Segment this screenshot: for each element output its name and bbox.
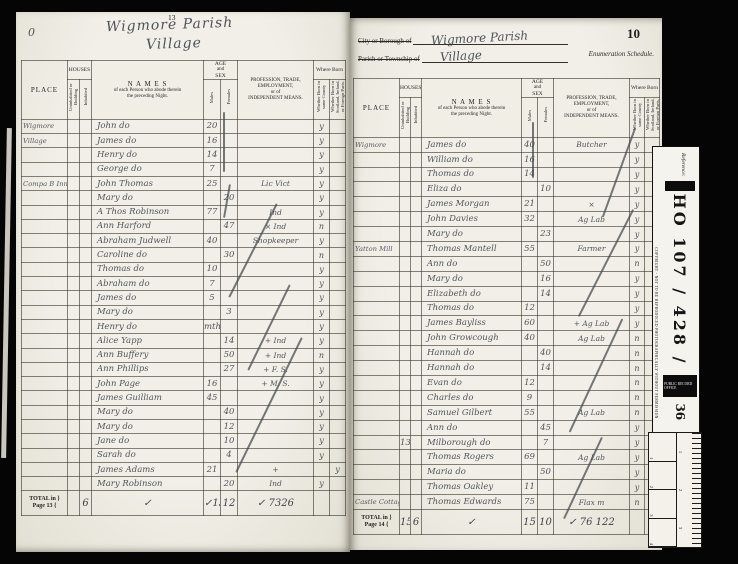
cell-born_county: n — [630, 361, 645, 376]
cell-born_county: n — [630, 390, 645, 405]
census-row: Mary Robinson20Indy — [22, 477, 346, 491]
census-row: James do5y — [22, 291, 346, 305]
cell-name: Henry do — [92, 148, 204, 162]
census-rows-right: WigmoreJames do40ButcheryWilliam do16yTh… — [354, 137, 660, 509]
cell-uninhabited — [400, 450, 411, 465]
census-row: Mary do23y — [354, 227, 660, 242]
cell-name: Charles do — [422, 390, 522, 405]
census-table-right: PLACE HOUSES N A M E S of each Person wh… — [353, 78, 660, 535]
cell-place — [22, 219, 68, 233]
cell-name: Mary Robinson — [92, 477, 204, 491]
cell-name: Mary do — [422, 227, 522, 242]
printed-borough-label: City or Borough of — [358, 37, 411, 45]
cell-name: Abraham do — [92, 277, 204, 291]
cell-born_county: y — [314, 191, 330, 205]
cell-profession: Ind — [238, 477, 314, 491]
total-label-line2: Page 13 { — [22, 503, 67, 511]
cell-uninhabited — [68, 348, 80, 362]
cell-profession — [238, 419, 314, 433]
cell-inhabited — [411, 241, 422, 256]
cell-age_f: 30 — [221, 248, 238, 262]
header-males: Males — [204, 79, 221, 119]
cell-age_f — [538, 376, 554, 391]
cell-born_county: y — [314, 434, 330, 448]
census-row: James Morgan21×y — [354, 197, 660, 212]
cell-profession — [554, 420, 630, 435]
cell-born_county: y — [314, 319, 330, 333]
cell-profession: Butcher — [554, 137, 630, 152]
cell-born_county: y — [630, 435, 645, 450]
form-line-borough: City or Borough of Wigmore Parish — [358, 32, 568, 45]
cell-age_m: 25 — [204, 176, 221, 190]
printed-township-label: Parish or Township of — [358, 55, 420, 63]
record-office-label: PUBLIC RECORD OFFICE — [664, 383, 696, 391]
cell-name: Ann do — [422, 420, 522, 435]
header-males-label: Males — [209, 92, 214, 103]
total-label-line1: TOTAL in } — [22, 496, 67, 504]
cell-place — [354, 316, 400, 331]
cell-born_other — [330, 305, 346, 319]
cell-age_m — [204, 419, 221, 433]
cell-profession — [554, 271, 630, 286]
cell-born_county: n — [314, 248, 330, 262]
pen-stroke — [223, 112, 225, 172]
header-born-other-label: Whether Born in Scotland, Ireland, or Fo… — [645, 98, 660, 132]
cell-born_county: n — [630, 405, 645, 420]
cell-uninhabited — [68, 219, 80, 233]
archive-black-tab — [665, 181, 695, 191]
header-inhabited: Inhabited — [80, 79, 92, 119]
census-row: Abraham do7y — [22, 277, 346, 291]
header-place: PLACE — [22, 61, 68, 120]
cell-inhabited — [80, 205, 92, 219]
cell-uninhabited — [68, 291, 80, 305]
header-prof-line4: INDEPENDENT MEANS. — [554, 114, 629, 120]
cell-place — [354, 256, 400, 271]
cell-place — [354, 227, 400, 242]
header-uninhabited: Uninhabited or Building — [68, 79, 80, 119]
header-names-title: N A M E S — [422, 98, 521, 106]
cell-born_county: y — [314, 305, 330, 319]
cell-age_f — [538, 316, 554, 331]
cell-inhabited — [80, 305, 92, 319]
census-row: Thomas do14y — [354, 167, 660, 182]
ruler-number: 3 — [649, 514, 654, 516]
cell-age_f — [538, 405, 554, 420]
cell-uninhabited — [68, 362, 80, 376]
cell-inhabited — [80, 176, 92, 190]
cell-age_m — [522, 465, 538, 480]
cell-name: Mary do — [422, 271, 522, 286]
cell-inhabited — [411, 227, 422, 242]
cell-born_other — [330, 291, 346, 305]
cell-place — [354, 212, 400, 227]
cell-place — [354, 197, 400, 212]
cell-age_m: 12 — [522, 301, 538, 316]
total-males: 15 — [522, 510, 538, 535]
cell-age_m — [522, 420, 538, 435]
total-born-county — [314, 491, 330, 516]
cell-place — [22, 477, 68, 491]
cell-place — [22, 334, 68, 348]
census-row: George do7y — [22, 162, 346, 176]
cell-inhabited — [411, 420, 422, 435]
cell-name: Ann Buffery — [92, 348, 204, 362]
cell-uninhabited — [68, 462, 80, 476]
cell-born_county: y — [630, 182, 645, 197]
census-row: James Bayliss60+ Ag Laby — [354, 316, 660, 331]
cell-uninhabited — [68, 391, 80, 405]
cell-age_f — [538, 495, 554, 510]
cell-age_f: 4 — [221, 448, 238, 462]
cell-place — [354, 405, 400, 420]
cell-age_m: 10 — [204, 262, 221, 276]
census-row: Maria do50y — [354, 465, 660, 480]
cell-inhabited — [411, 390, 422, 405]
cell-age_f — [221, 319, 238, 333]
cell-name: James Guilliam — [92, 391, 204, 405]
header-profession: PROFESSION, TRADE, EMPLOYMENT, or of IND… — [554, 79, 630, 138]
cell-uninhabited — [400, 376, 411, 391]
schedule-page-number: 10 — [627, 26, 640, 42]
cell-profession — [554, 256, 630, 271]
reference-caption: Reference: — [680, 153, 686, 177]
cell-uninhabited — [68, 262, 80, 276]
cell-name: Thomas Mantell — [422, 241, 522, 256]
cell-age_m: 9 — [522, 390, 538, 405]
cell-age_f: 3 — [221, 305, 238, 319]
cell-place: Wigmore — [22, 119, 68, 133]
cell-age_f: 27 — [221, 362, 238, 376]
cell-profession — [554, 465, 630, 480]
header-uninhabited: Uninhabited or Building — [400, 97, 411, 137]
cell-name: Hannah do — [422, 346, 522, 361]
census-row: James Guilliam45y — [22, 391, 346, 405]
header-born-county-label: Whether Born in same County — [316, 80, 326, 114]
cell-uninhabited — [68, 234, 80, 248]
cell-age_m — [522, 361, 538, 376]
form-line-township: Parish or Township of Village — [358, 50, 568, 63]
cell-age_f: 10 — [221, 434, 238, 448]
cell-name: Sarah do — [92, 448, 204, 462]
cell-born_other — [330, 176, 346, 190]
cell-inhabited — [80, 234, 92, 248]
cell-inhabited — [80, 434, 92, 448]
cell-profession — [554, 152, 630, 167]
cell-uninhabited — [400, 167, 411, 182]
census-row: Sarah do4y — [22, 448, 346, 462]
cell-profession — [554, 435, 630, 450]
table-header: PLACE HOUSES N A M E S of each Person wh… — [354, 79, 660, 138]
cell-uninhabited — [400, 420, 411, 435]
cell-age_m: 32 — [522, 212, 538, 227]
cell-born_county: y — [630, 286, 645, 301]
cell-age_f — [221, 391, 238, 405]
cell-name: Abraham Judwell — [92, 234, 204, 248]
cell-inhabited — [80, 262, 92, 276]
cell-age_m — [522, 182, 538, 197]
census-row: WigmoreJames do40Butchery — [354, 137, 660, 152]
cell-age_f — [221, 234, 238, 248]
census-row: A Thos Robinson77Indy — [22, 205, 346, 219]
cell-age_m: 5 — [204, 291, 221, 305]
header-where-born: Where Born — [630, 79, 660, 98]
cell-uninhabited — [400, 331, 411, 346]
cell-born_other — [330, 262, 346, 276]
margin-squiggle: 0 — [28, 26, 35, 39]
cell-age_m — [204, 477, 221, 491]
cell-born_county: y — [630, 152, 645, 167]
cell-uninhabited — [68, 405, 80, 419]
cell-age_m: 16 — [204, 134, 221, 148]
cell-age_m: 55 — [522, 405, 538, 420]
cell-uninhabited — [68, 119, 80, 133]
cell-age_f: 16 — [538, 271, 554, 286]
piece-number: 36 — [673, 403, 687, 420]
cell-uninhabited — [68, 377, 80, 391]
pen-stroke — [532, 122, 534, 178]
cell-born_county: y — [630, 420, 645, 435]
cell-age_m — [522, 271, 538, 286]
cell-age_f — [221, 262, 238, 276]
census-row: Charles do9n — [354, 390, 660, 405]
total-label: TOTAL in } Page 13 { — [22, 491, 68, 516]
cell-inhabited — [80, 405, 92, 419]
cell-profession — [554, 390, 630, 405]
census-row: Mary do16y — [354, 271, 660, 286]
census-row: Mary do12y — [22, 419, 346, 433]
ruler-fine-number: 3 — [678, 527, 683, 529]
cell-born_other — [330, 277, 346, 291]
cell-born_county: y — [630, 465, 645, 480]
cell-place — [22, 462, 68, 476]
cell-born_other — [330, 391, 346, 405]
cell-uninhabited — [68, 248, 80, 262]
cell-uninhabited — [400, 152, 411, 167]
cell-age_f — [538, 390, 554, 405]
header-profession: PROFESSION, TRADE, EMPLOYMENT, or of IND… — [238, 61, 314, 120]
cell-profession: Ag Lab — [554, 405, 630, 420]
cell-age_f — [538, 212, 554, 227]
cell-profession — [238, 119, 314, 133]
census-row: William do16y — [354, 152, 660, 167]
cell-name: John do — [92, 119, 204, 133]
cell-age_m — [204, 405, 221, 419]
census-row: Castle CottageThomas Edwards75Flax mn — [354, 495, 660, 510]
header-females-label: Females — [226, 89, 231, 104]
census-row: Mary do20y — [22, 191, 346, 205]
cell-name: Thomas Oakley — [422, 480, 522, 495]
cell-place — [22, 377, 68, 391]
total-females: 12 — [221, 491, 238, 516]
census-row: Thomas Oakley11y — [354, 480, 660, 495]
cell-age_f: 14 — [221, 334, 238, 348]
cell-uninhabited — [400, 405, 411, 420]
cell-place — [354, 331, 400, 346]
cell-inhabited — [411, 405, 422, 420]
cell-born_county: y — [314, 334, 330, 348]
cell-born_county: n — [630, 346, 645, 361]
cell-inhabited — [80, 277, 92, 291]
census-row: John Davies32Ag Laby — [354, 212, 660, 227]
cell-profession: Flax m — [554, 495, 630, 510]
reference-number: HO 107 / 428 / — [671, 194, 690, 366]
cell-age_f: 50 — [538, 256, 554, 271]
cell-uninhabited — [400, 361, 411, 376]
header-uninhabited-label: Uninhabited or Building — [400, 98, 410, 132]
total-uninhabited: 15 — [400, 510, 411, 535]
census-row: Evan do12n — [354, 376, 660, 391]
cell-age_m: mths — [204, 319, 221, 333]
header-age-sex: AGE and SEX — [204, 61, 238, 80]
total-names-check: ✓ — [422, 510, 522, 535]
cell-born_county: y — [630, 271, 645, 286]
cell-inhabited — [411, 331, 422, 346]
cell-inhabited — [80, 291, 92, 305]
header-where-born: Where Born — [314, 61, 346, 80]
header-females: Females — [538, 97, 554, 137]
cell-born_county: y — [314, 234, 330, 248]
cell-age_m — [522, 346, 538, 361]
cell-inhabited — [411, 376, 422, 391]
cell-born_other — [330, 377, 346, 391]
cell-name: Ann do — [422, 256, 522, 271]
header-females-label: Females — [543, 107, 548, 122]
cell-place — [354, 420, 400, 435]
cell-profession — [238, 162, 314, 176]
total-profession: ✓ 7326 — [238, 491, 314, 516]
cell-place — [22, 248, 68, 262]
enumeration-schedule-label: Enumeration Schedule. — [589, 50, 654, 58]
cell-born_county: y — [630, 450, 645, 465]
ruler-fine-numbers: 1 2 3 — [678, 433, 683, 547]
cell-born_other — [330, 319, 346, 333]
cell-age_m — [204, 334, 221, 348]
total-inhabited: 6 — [411, 510, 422, 535]
census-row: Henry domthsy — [22, 319, 346, 333]
cell-uninhabited: 13 — [400, 435, 411, 450]
cell-place — [22, 148, 68, 162]
cell-place — [22, 405, 68, 419]
cell-born_county: y — [314, 405, 330, 419]
cell-age_f — [538, 450, 554, 465]
cell-inhabited — [411, 197, 422, 212]
cell-place — [22, 291, 68, 305]
cell-place — [354, 465, 400, 480]
cell-born_county: y — [314, 419, 330, 433]
cell-born_county: y — [630, 167, 645, 182]
cell-name: John Page — [92, 377, 204, 391]
cell-place: Village — [22, 134, 68, 148]
cell-name: Caroline do — [92, 248, 204, 262]
total-born-other — [330, 491, 346, 516]
cell-place — [354, 450, 400, 465]
header-houses: HOUSES — [68, 61, 92, 80]
cell-name: Thomas do — [422, 167, 522, 182]
header-males: Males — [522, 97, 538, 137]
cell-profession — [238, 148, 314, 162]
header-born-county: Whether Born in same County — [314, 79, 330, 119]
census-row: Thomas do10y — [22, 262, 346, 276]
cell-place — [354, 182, 400, 197]
header-males-label: Males — [527, 110, 532, 121]
cell-age_m: 75 — [522, 495, 538, 510]
cell-age_m — [204, 191, 221, 205]
header-uninhabited-label: Uninhabited or Building — [68, 80, 78, 114]
cell-place — [22, 348, 68, 362]
cell-name: Eliza do — [422, 182, 522, 197]
village-heading-script: Village — [146, 35, 202, 53]
ruler-cell: 2 — [649, 462, 676, 491]
header-names-sub2: the preceding Night. — [92, 94, 203, 100]
cell-age_m: 7 — [204, 162, 221, 176]
cell-born_other — [330, 348, 346, 362]
census-row: Elizabeth do14y — [354, 286, 660, 301]
header-names: N A M E S of each Person who abode there… — [422, 79, 522, 138]
header-inhabited: Inhabited — [411, 97, 422, 137]
cell-profession — [554, 480, 630, 495]
cell-born_county: y — [314, 448, 330, 462]
cell-place — [354, 390, 400, 405]
cell-inhabited — [80, 191, 92, 205]
cell-profession: + Ind — [238, 348, 314, 362]
total-females: 10 — [538, 510, 554, 535]
census-page-left: 13 0 Wigmore Parish Village PLACE HOUSES… — [16, 12, 350, 552]
cell-age_m: 16 — [522, 152, 538, 167]
cell-born_county: n — [314, 348, 330, 362]
cell-born_other — [330, 205, 346, 219]
cell-inhabited — [411, 480, 422, 495]
census-row: VillageJames do16y — [22, 134, 346, 148]
census-row: Mary do3y — [22, 305, 346, 319]
cell-place: Compa B Inn — [22, 176, 68, 190]
cell-born_other — [330, 248, 346, 262]
cell-inhabited — [411, 435, 422, 450]
cell-profession — [554, 346, 630, 361]
cell-uninhabited — [68, 148, 80, 162]
cell-uninhabited — [400, 197, 411, 212]
cell-age_f: 50 — [221, 348, 238, 362]
cell-profession — [238, 134, 314, 148]
borough-script-value: Wigmore Parish — [431, 28, 529, 47]
cell-age_m — [522, 256, 538, 271]
total-inhabited: 6 — [80, 491, 92, 516]
cell-place — [354, 480, 400, 495]
total-names-check: ✓ — [92, 491, 204, 516]
cell-inhabited — [411, 301, 422, 316]
census-rows-left: WigmoreJohn do20yVillageJames do16yHenry… — [22, 119, 346, 491]
cell-profession: + — [238, 462, 314, 476]
cell-born_county: y — [314, 262, 330, 276]
cell-uninhabited — [68, 134, 80, 148]
cell-age_m: 14 — [204, 148, 221, 162]
cell-uninhabited — [400, 346, 411, 361]
cell-profession: × — [554, 197, 630, 212]
cell-name: William do — [422, 152, 522, 167]
cell-born_other — [330, 434, 346, 448]
cell-place — [354, 301, 400, 316]
cell-uninhabited — [68, 319, 80, 333]
cell-age_m — [204, 248, 221, 262]
cell-place — [354, 346, 400, 361]
cell-name: Thomas Rogers — [422, 450, 522, 465]
cell-age_m: 16 — [204, 377, 221, 391]
cell-place — [354, 271, 400, 286]
cell-age_f — [538, 331, 554, 346]
cell-age_f: 12 — [221, 419, 238, 433]
cell-inhabited — [80, 362, 92, 376]
header-born-other-label: Whether Born in Scotland, Ireland, or Fo… — [330, 80, 345, 114]
